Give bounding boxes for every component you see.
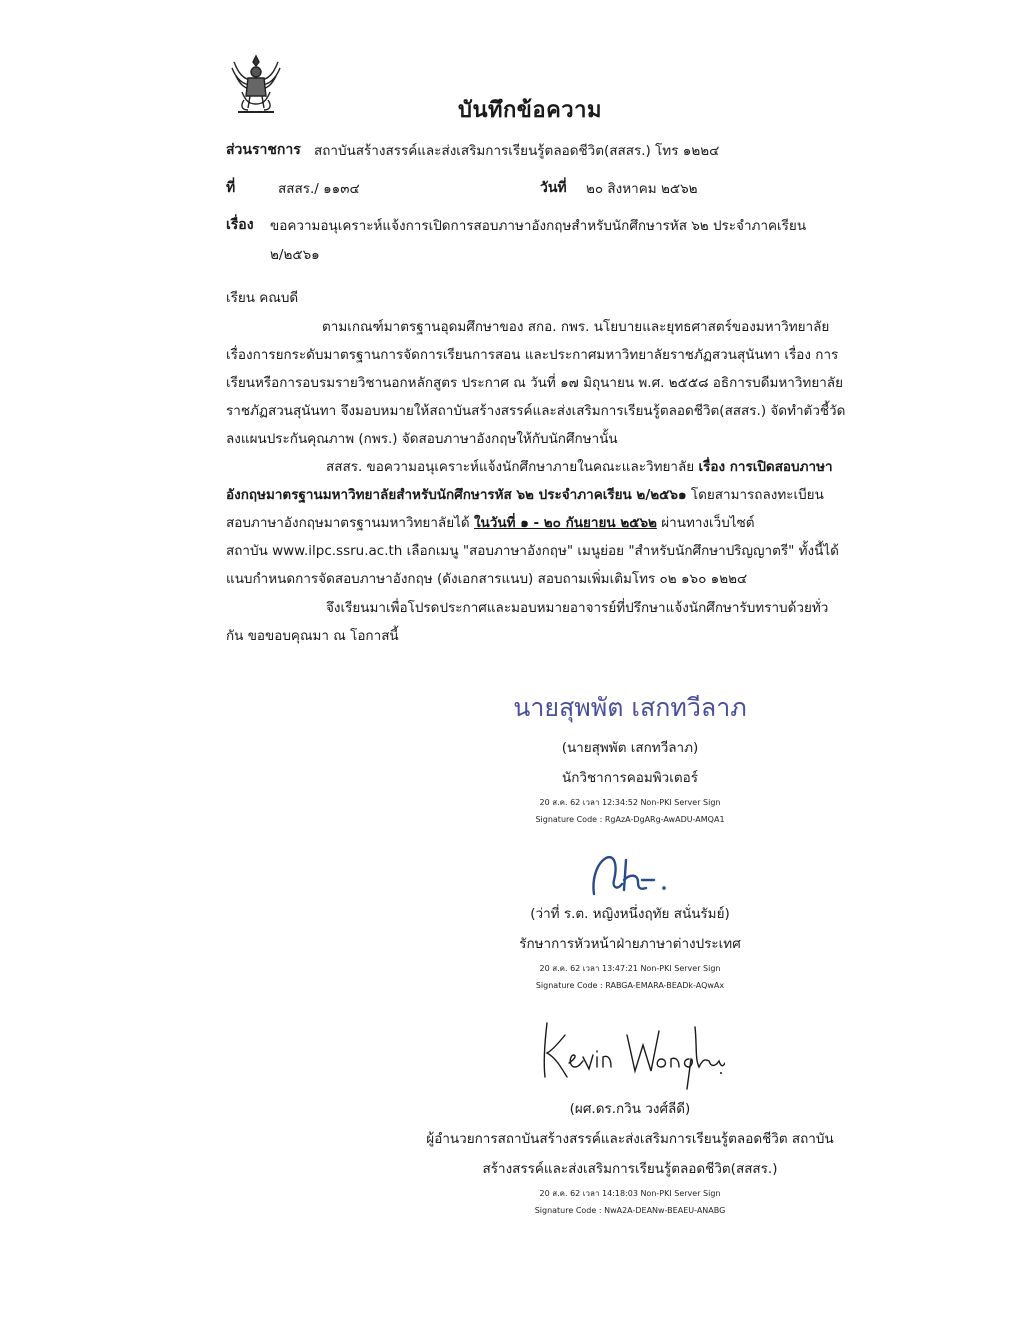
p2-plain: โดยสามารถลงทะเบียน <box>687 487 824 503</box>
registration-dates: ในวันที่ ๑ - ๒๐ กันยายน ๒๕๖๒ <box>474 515 657 531</box>
signature-code: Signature Code : RgAzA-DgARg-AwADU-AMQA1 <box>440 815 820 824</box>
date-value: ๒๐ สิงหาคม ๒๕๖๒ <box>586 177 698 199</box>
signer-position: ผู้อำนวยการสถาบันสร้างสรรค์และส่งเสริมกา… <box>420 1127 840 1149</box>
paragraph-1-line: เรียนหรือการอบรมรายวิชานอกหลักสูตร ประกา… <box>226 371 843 393</box>
page-title: บันทึกข้อความ <box>0 92 1020 127</box>
p2-bold: เรื่อง การเปิดสอบภาษา <box>698 459 832 475</box>
p2-bold: อังกฤษมาตรฐานมหาวิทยาลัยสำหรับนักศึกษารห… <box>226 487 687 503</box>
department-label: ส่วนราชการ <box>226 139 301 161</box>
department-value: สถาบันสร้างสรรค์และส่งเสริมการเรียนรู้ตล… <box>314 139 719 161</box>
signature-block-2: (ว่าที่ ร.ต. หญิงหนึ่งฤทัย สนั่นรัมย์) ร… <box>440 850 820 990</box>
handwritten-signature <box>440 850 820 898</box>
signature-block-1: นายสุพพัต เสกทวีลาภ (นายสุพพัต เสกทวีลาภ… <box>440 688 820 824</box>
p2-plain: เลือกเมนู "สอบภาษาอังกฤษ" เมนูย่อย "สำหร… <box>402 543 839 559</box>
paragraph-2-line-5: แนบกำหนดการจัดสอบภาษาอังกฤษ (ดังเอกสารแน… <box>226 567 747 589</box>
signature-code: Signature Code : NwA2A-DEANw-BEAEU-ANABG <box>420 1206 840 1215</box>
ref-label: ที่ <box>226 177 235 199</box>
sign-timestamp: 20 ส.ค. 62 เวลา 14:18:03 Non-PKI Server … <box>420 1187 840 1200</box>
signer-name: (ว่าที่ ร.ต. หญิงหนึ่งฤทัย สนั่นรัมย์) <box>440 902 820 924</box>
paragraph-1-line: ตามเกณฑ์มาตรฐานอุดมศึกษาของ สกอ. กพร. นโ… <box>322 315 829 337</box>
p2-plain: ผ่านทางเว็บไซต์ <box>657 515 755 531</box>
salutation: เรียน คณบดี <box>226 286 298 308</box>
handwritten-signature <box>420 1015 840 1095</box>
paragraph-1-line: เรื่องการยกระดับมาตรฐานการจัดการเรียนการ… <box>226 343 838 365</box>
subject-label: เรื่อง <box>226 214 254 236</box>
paragraph-1-line: ราชภัฏสวนสุนันทา จึงมอบหมายให้สถาบันสร้า… <box>226 399 845 421</box>
signer-position: รักษาการหัวหน้าฝ่ายภาษาต่างประเทศ <box>440 932 820 954</box>
handwritten-signature: นายสุพพัต เสกทวีลาภ <box>440 688 820 728</box>
p2-plain: สสสร. ขอความอนุเคราะห์แจ้งนักศึกษาภายในค… <box>326 459 698 475</box>
p2-plain: สถาบัน <box>226 543 272 559</box>
paragraph-3-line-1: จึงเรียนมาเพื่อโปรดประกาศและมอบหมายอาจาร… <box>326 596 828 618</box>
website-link[interactable]: www.ilpc.ssru.ac.th <box>272 543 402 559</box>
signer-name: (นายสุพพัต เสกทวีลาภ) <box>440 736 820 758</box>
ref-value: สสสร./ ๑๑๓๔ <box>278 177 360 199</box>
subject-line-2: ๒/๒๕๖๑ <box>270 243 320 265</box>
paragraph-2-line-3: สอบภาษาอังกฤษมาตรฐานมหาวิทยาลัยได้ ในวัน… <box>226 511 755 533</box>
signer-name: (ผศ.ดร.กวิน วงศ์ลีดี) <box>420 1097 840 1119</box>
sign-timestamp: 20 ส.ค. 62 เวลา 13:47:21 Non-PKI Server … <box>440 962 820 975</box>
paragraph-2-line-2: อังกฤษมาตรฐานมหาวิทยาลัยสำหรับนักศึกษารห… <box>226 483 824 505</box>
sign-timestamp: 20 ส.ค. 62 เวลา 12:34:52 Non-PKI Server … <box>440 796 820 809</box>
p2-plain: สอบภาษาอังกฤษมาตรฐานมหาวิทยาลัยได้ <box>226 515 474 531</box>
paragraph-3-line-2: กัน ขอขอบคุณมา ณ โอกาสนี้ <box>226 624 399 646</box>
signer-position: สร้างสรรค์และส่งเสริมการเรียนรู้ตลอดชีวิ… <box>420 1157 840 1179</box>
paragraph-2-line-1: สสสร. ขอความอนุเคราะห์แจ้งนักศึกษาภายในค… <box>326 455 833 477</box>
paragraph-2-line-4: สถาบัน www.ilpc.ssru.ac.th เลือกเมนู "สอ… <box>226 539 839 561</box>
signer-position: นักวิชาการคอมพิวเตอร์ <box>440 766 820 788</box>
signature-code: Signature Code : RABGA-EMARA-BEADk-AQwAx <box>440 981 820 990</box>
date-label: วันที่ <box>540 177 567 199</box>
subject-line-1: ขอความอนุเคราะห์แจ้งการเปิดการสอบภาษาอัง… <box>270 214 806 236</box>
paragraph-1-line: ลงแผนประกันคุณภาพ (กพร.) จัดสอบภาษาอังกฤ… <box>226 427 618 449</box>
signature-block-3: (ผศ.ดร.กวิน วงศ์ลีดี) ผู้อำนวยการสถาบันส… <box>420 1015 840 1215</box>
